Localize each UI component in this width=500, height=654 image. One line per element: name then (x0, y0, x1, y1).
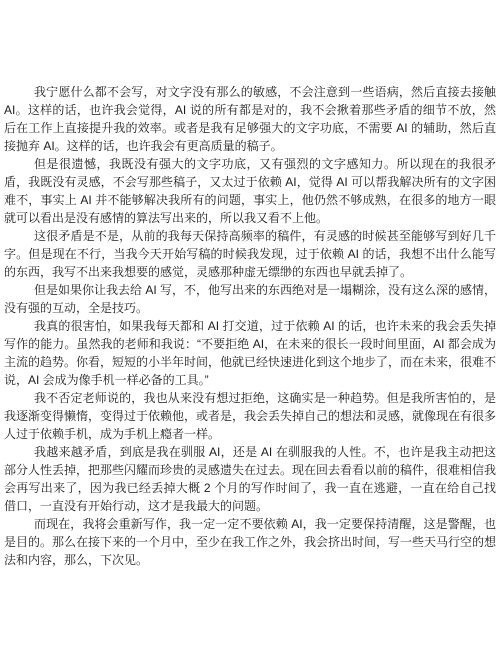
document-page: 我宁愿什么都不会写，对文字没有那么的敏感，不会注意到一些语病，然后直接去接触 A… (0, 0, 500, 654)
paragraph-1: 我宁愿什么都不会写，对文字没有那么的敏感，不会注意到一些语病，然后直接去接触 A… (4, 83, 496, 155)
paragraph-7: 我越来越矛盾，到底是我在驯服 AI，还是 AI 在驯服我的人性。不，也许是我主动… (4, 443, 496, 515)
paragraph-3: 这很矛盾是不是，从前的我每天保持高频率的稿件，有灵感的时候甚至能够写到好几千字。… (4, 227, 496, 281)
essay-body: 我宁愿什么都不会写，对文字没有那么的敏感，不会注意到一些语病，然后直接去接触 A… (4, 83, 496, 569)
paragraph-2: 但是很遗憾，我既没有强大的文字功底，又有强烈的文字感知力。所以现在的我很矛盾，我… (4, 155, 496, 227)
paragraph-5: 我真的很害怕，如果我每天都和 AI 打交道，过于依赖 AI 的话，也许未来的我会… (4, 317, 496, 389)
paragraph-4: 但是如果你让我去给 AI 写，不，他写出来的东西绝对是一塌糊涂，没有这么深的感情… (4, 281, 496, 317)
paragraph-8: 而现在，我将会重新写作，我一定一定不要依赖 AI，我一定要保持清醒，这是警醒，也… (4, 515, 496, 569)
paragraph-6: 我不否定老师说的，我也从来没有想过拒绝，这确实是一种趋势。但是我所害怕的，是我逐… (4, 389, 496, 443)
